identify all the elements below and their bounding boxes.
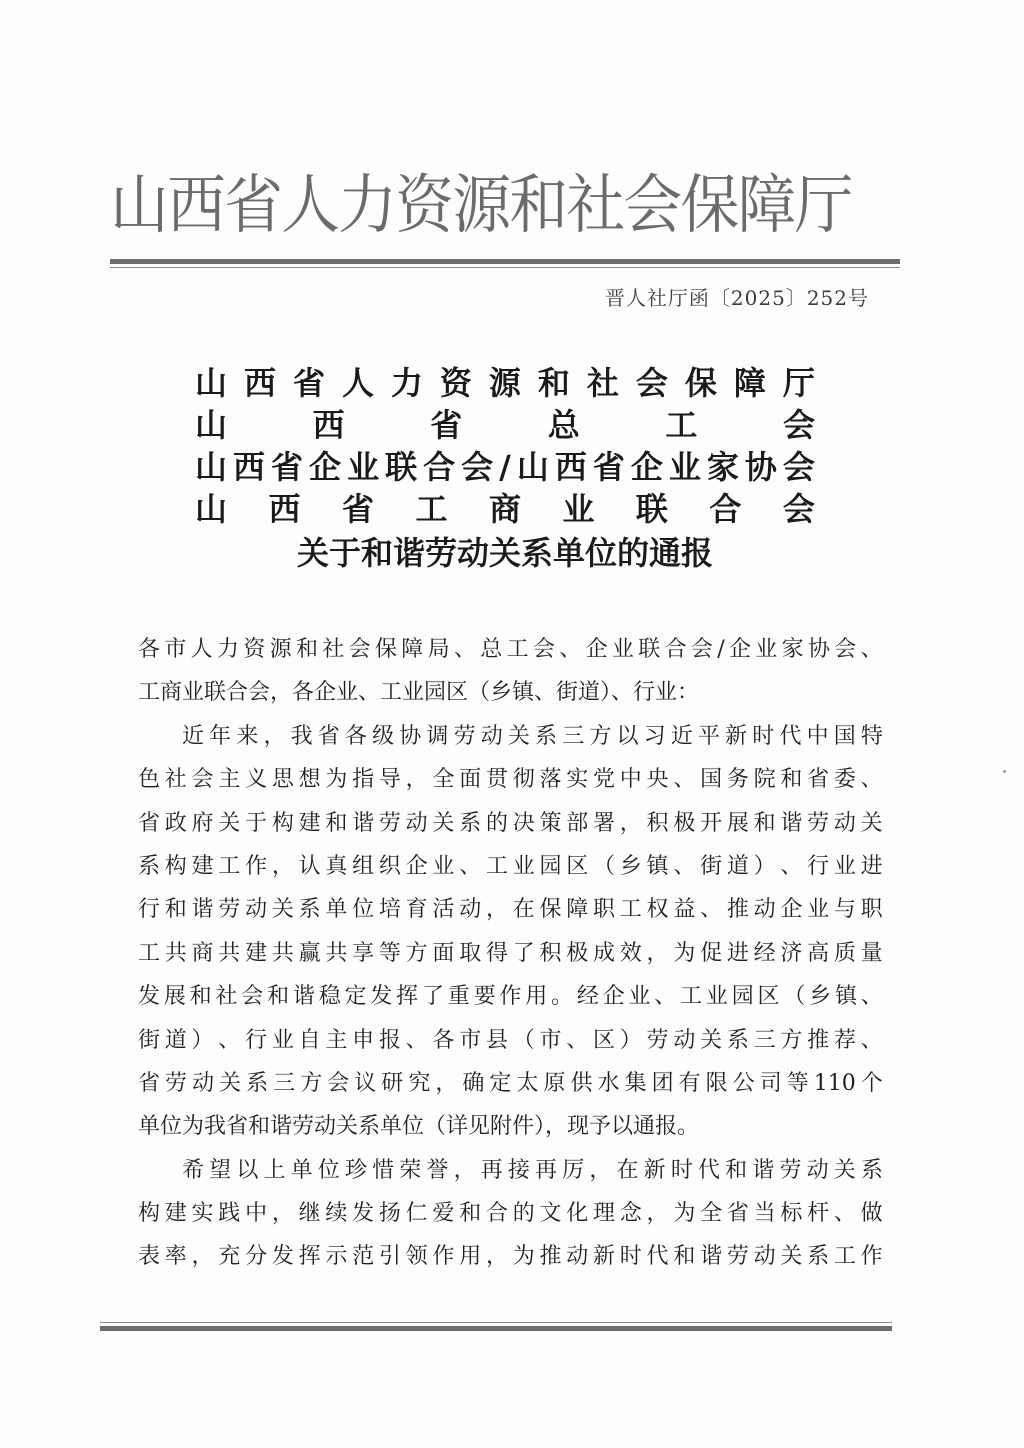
- glyph: 挥: [396, 975, 418, 1018]
- glyph: 极: [566, 932, 588, 975]
- glyph: 稳: [319, 975, 341, 1018]
- glyph: 济: [780, 932, 802, 975]
- glyph: 共: [325, 932, 347, 975]
- glyph: 真: [325, 845, 347, 888]
- glyph: 商: [489, 488, 521, 530]
- glyph: 工: [415, 488, 447, 530]
- glyph: 、: [654, 975, 676, 1018]
- glyph: 活: [432, 888, 454, 931]
- glyph: 理: [593, 1192, 615, 1235]
- glyph: 年: [209, 715, 231, 758]
- glyph: 劳: [218, 888, 240, 931]
- glyph: 当: [754, 1192, 776, 1235]
- glyph: 了: [513, 932, 535, 975]
- glyph: 企: [780, 888, 802, 931]
- glyph: 质: [834, 932, 856, 975]
- glyph: ，: [192, 1235, 214, 1278]
- glyph: 厉: [562, 1149, 584, 1192]
- glyph: ，: [272, 1192, 294, 1235]
- glyph: 范: [352, 1235, 374, 1278]
- glyph: 主: [325, 1019, 347, 1062]
- glyph: ，: [589, 1149, 611, 1192]
- glyph: （: [513, 1019, 535, 1062]
- glyph: 文: [539, 1192, 561, 1235]
- glyph: 党: [593, 758, 615, 801]
- glyph: 社: [587, 362, 619, 404]
- glyph: 自: [299, 1019, 321, 1062]
- glyph: 会: [783, 404, 815, 446]
- glyph: 业: [562, 488, 594, 530]
- glyph: 申: [352, 1019, 374, 1062]
- glyph: 府: [192, 802, 214, 845]
- issuer-line: 山西省工商业联合会: [195, 488, 815, 530]
- glyph: 职: [861, 888, 883, 931]
- glyph: 领: [406, 1235, 428, 1278]
- glyph: 近: [671, 715, 693, 758]
- glyph: 山: [195, 488, 227, 530]
- glyph: 主: [218, 758, 240, 801]
- glyph: 源: [489, 362, 521, 404]
- glyph: 团: [652, 1062, 674, 1105]
- glyph: 限: [706, 1062, 728, 1105]
- glyph: 作: [499, 975, 521, 1018]
- glyph: 位: [318, 1149, 340, 1192]
- glyph: 会: [834, 628, 856, 671]
- glyph: 关: [272, 888, 294, 931]
- glyph: 个: [861, 1062, 883, 1105]
- glyph: 市: [459, 1019, 481, 1062]
- glyph: 面: [432, 932, 454, 975]
- glyph: 系: [861, 1149, 883, 1192]
- issuer-line: 山西省人力资源和社会保障厅: [195, 362, 815, 404]
- glyph: 挥: [299, 1235, 321, 1278]
- glyph: 街: [700, 845, 722, 888]
- glyph: 报: [379, 1019, 401, 1062]
- glyph: 实: [566, 758, 588, 801]
- glyph: 要: [474, 975, 496, 1018]
- glyph: 业: [513, 845, 535, 888]
- glyph: 谐: [700, 1235, 722, 1278]
- glyph: 中: [807, 715, 829, 758]
- glyph: 会: [783, 446, 815, 488]
- glyph: 、: [406, 1019, 428, 1062]
- glyph: 保: [539, 888, 561, 931]
- glyph: 益: [673, 888, 695, 931]
- glyph: 得: [486, 932, 508, 975]
- glyph: 认: [299, 845, 321, 888]
- glyph: 院: [754, 758, 776, 801]
- glyph: 构: [165, 845, 187, 888]
- glyph: 山: [195, 446, 227, 488]
- glyph: 山: [195, 404, 227, 446]
- glyph: 爱: [432, 1192, 454, 1235]
- glyph: ，: [486, 888, 508, 931]
- glyph: 企: [406, 845, 428, 888]
- glyph: 建: [165, 1192, 187, 1235]
- glyph: ，: [647, 1192, 669, 1235]
- glyph: ，: [647, 932, 669, 975]
- glyph: 新: [644, 1149, 666, 1192]
- glyph: 积: [539, 932, 561, 975]
- glyph: 动: [673, 1019, 695, 1062]
- glyph: 企: [729, 628, 751, 671]
- glyph: 建: [299, 802, 321, 845]
- glyph: 会: [783, 488, 815, 530]
- glyph: 和: [725, 1149, 747, 1192]
- glyph: 联: [636, 488, 668, 530]
- glyph: 策: [539, 802, 561, 845]
- glyph: 培: [379, 888, 401, 931]
- glyph: 劳: [807, 802, 829, 845]
- glyph: 职: [593, 888, 615, 931]
- letterhead-organization: 山西省人力资源和社会保障厅: [110, 160, 837, 240]
- glyph: 省: [138, 1062, 160, 1105]
- glyph: 政: [165, 802, 187, 845]
- glyph: 社: [322, 628, 344, 671]
- addressee-line: 各市人力资源和社会保障局、总工会、企业联合会/企业家协会、: [138, 628, 883, 671]
- glyph: 动: [245, 888, 267, 931]
- glyph: 量: [861, 932, 883, 975]
- glyph: 。: [551, 975, 573, 1018]
- glyph: 建: [245, 932, 267, 975]
- glyph: 究: [408, 1062, 430, 1105]
- glyph: 西: [233, 446, 265, 488]
- glyph: 和: [165, 888, 187, 931]
- glyph: 省: [430, 404, 462, 446]
- glyph: 指: [352, 758, 374, 801]
- glyph: 署: [593, 802, 615, 845]
- glyph: 决: [513, 802, 535, 845]
- glyph: 了: [422, 975, 444, 1018]
- letterhead-text: 山西省人力资源和社会保障厅: [110, 154, 852, 246]
- glyph: 推: [807, 1019, 829, 1062]
- glyph: 道: [727, 845, 749, 888]
- glyph: 动: [807, 1149, 829, 1192]
- glyph: 共: [272, 932, 294, 975]
- paragraph-line: 系构建工作，认真组织企业、工业园区（乡镇、街道）、行业进: [138, 845, 883, 888]
- glyph: 、: [459, 845, 481, 888]
- glyph: 共: [165, 932, 187, 975]
- glyph: 西: [268, 488, 300, 530]
- glyph: 劳: [165, 1062, 187, 1105]
- glyph: 公: [733, 1062, 755, 1105]
- glyph: 单: [291, 1149, 313, 1192]
- glyph: 工: [507, 628, 529, 671]
- glyph: 工: [665, 404, 697, 446]
- glyph: 动: [754, 1235, 776, 1278]
- glyph: 以: [236, 1149, 258, 1192]
- paragraph-line: 工共商共建共赢共享等方面取得了积极成效，为促进经济高质量: [138, 932, 883, 975]
- glyph: 接: [508, 1149, 530, 1192]
- glyph: 方: [300, 1062, 322, 1105]
- glyph: 等: [379, 932, 401, 975]
- glyph: 动: [754, 888, 776, 931]
- glyph: 人: [191, 628, 213, 671]
- glyph: 方: [406, 932, 428, 975]
- paragraph-line: 行和谐劳动关系单位培育活动，在保障职工权益、推动企业与职: [138, 888, 883, 931]
- glyph: 引: [379, 1235, 401, 1278]
- glyph: 劳: [647, 1019, 669, 1062]
- glyph: 、: [861, 975, 883, 1018]
- glyph: 方: [780, 1019, 802, 1062]
- glyph: 谐: [752, 1149, 774, 1192]
- glyph: ）: [192, 1019, 214, 1062]
- glyph: 资: [440, 362, 472, 404]
- glyph: 确: [462, 1062, 484, 1105]
- glyph: 经: [577, 975, 599, 1018]
- paragraph-line: 省劳动关系三方会议研究，确定太原供水集团有限公司等110个: [138, 1062, 883, 1105]
- glyph: 关: [218, 802, 240, 845]
- issuer-block: 山西省人力资源和社会保障厅 山西省总工会 山西省企业联合会/山西省企业家协会 山…: [195, 362, 815, 530]
- glyph: 省: [293, 362, 325, 404]
- rule-thick: [100, 1326, 892, 1331]
- glyph: 成: [593, 932, 615, 975]
- glyph: ）: [620, 1019, 642, 1062]
- addressee-line: 工商业联合会，各企业、工业园区（乡镇、街道）、行业：: [138, 671, 883, 714]
- glyph: 行: [807, 845, 829, 888]
- glyph: 劳: [454, 715, 476, 758]
- glyph: 上: [263, 1149, 285, 1192]
- glyph: 示: [325, 1235, 347, 1278]
- issuer-line: 山西省总工会: [195, 404, 815, 446]
- glyph: 重: [448, 975, 470, 1018]
- glyph: 表: [138, 1235, 160, 1278]
- glyph: 在: [513, 888, 535, 931]
- glyph: 省: [807, 758, 829, 801]
- glyph: 工: [218, 845, 240, 888]
- glyph: 新: [725, 715, 747, 758]
- glyph: 系: [299, 888, 321, 931]
- glyph: 定: [345, 975, 367, 1018]
- glyph: 会: [349, 628, 371, 671]
- glyph: 展: [727, 802, 749, 845]
- glyph: 企: [631, 446, 663, 488]
- glyph: 想: [299, 758, 321, 801]
- glyph: 协: [745, 446, 777, 488]
- glyph: 会: [192, 758, 214, 801]
- glyph: 珍: [345, 1149, 367, 1192]
- glyph: （: [593, 845, 615, 888]
- glyph: 区: [566, 845, 588, 888]
- glyph: 、: [566, 1019, 588, 1062]
- glyph: 山: [195, 362, 227, 404]
- glyph: ，: [620, 802, 642, 845]
- glyph: 赢: [299, 932, 321, 975]
- glyph: 贯: [486, 758, 508, 801]
- glyph: 育: [406, 888, 428, 931]
- glyph: 园: [539, 845, 561, 888]
- glyph: 平: [698, 715, 720, 758]
- glyph: 省: [138, 802, 160, 845]
- glyph: 实: [192, 1192, 214, 1235]
- glyph: 方: [589, 715, 611, 758]
- glyph: 和: [538, 362, 570, 404]
- glyph: 业: [612, 628, 634, 671]
- glyph: 继: [299, 1192, 321, 1235]
- glyph: 系: [727, 1019, 749, 1062]
- glyph: 合: [665, 628, 687, 671]
- glyph: 开: [700, 802, 722, 845]
- glyph: 推: [727, 888, 749, 931]
- glyph: 集: [625, 1062, 647, 1105]
- glyph: 工: [486, 845, 508, 888]
- glyph: 来: [236, 715, 258, 758]
- glyph: 各: [345, 715, 367, 758]
- glyph: 西: [313, 404, 345, 446]
- glyph: 企: [603, 975, 625, 1018]
- glyph: 有: [679, 1062, 701, 1105]
- glyph: 定: [489, 1062, 511, 1105]
- glyph: 业: [272, 1019, 294, 1062]
- glyph: 动: [566, 1235, 588, 1278]
- glyph: 委: [834, 758, 856, 801]
- glyph: 、: [780, 845, 802, 888]
- glyph: 做: [861, 1192, 883, 1235]
- glyph: 、: [700, 888, 722, 931]
- glyph: 市: [539, 1019, 561, 1062]
- glyph: 的: [486, 802, 508, 845]
- glyph: 动: [406, 802, 428, 845]
- glyph: 近: [182, 715, 204, 758]
- glyph: 原: [543, 1062, 565, 1105]
- glyph: 续: [325, 1192, 347, 1235]
- glyph: 社: [165, 758, 187, 801]
- glyph: 义: [245, 758, 267, 801]
- glyph: 关: [432, 802, 454, 845]
- glyph: 动: [192, 1062, 214, 1105]
- glyph: 代: [779, 715, 801, 758]
- glyph: 社: [215, 975, 237, 1018]
- glyph: 为: [325, 758, 347, 801]
- glyph: 工: [834, 1235, 856, 1278]
- glyph: 工: [620, 888, 642, 931]
- glyph: 三: [754, 1019, 776, 1062]
- glyph: 代: [647, 1235, 669, 1278]
- glyph: 三: [273, 1062, 295, 1105]
- glyph: 促: [700, 932, 722, 975]
- glyph: ，: [486, 1235, 508, 1278]
- glyph: 议: [354, 1062, 376, 1105]
- glyph: 单: [325, 888, 347, 931]
- paragraph-line: 近年来，我省各级协调劳动关系三方以习近平新时代中国特: [138, 715, 883, 758]
- glyph: 系: [807, 1235, 829, 1278]
- glyph: 关: [780, 1235, 802, 1278]
- glyph: 荐: [834, 1019, 856, 1062]
- glyph: 保: [685, 362, 717, 404]
- glyph: 的: [513, 1192, 535, 1235]
- glyph: 谐: [780, 802, 802, 845]
- glyph: 关: [508, 715, 530, 758]
- glyph: 联: [638, 628, 660, 671]
- glyph: 发: [138, 975, 160, 1018]
- glyph: 谐: [293, 975, 315, 1018]
- glyph: 商: [192, 932, 214, 975]
- glyph: 调: [426, 715, 448, 758]
- glyph: 区: [593, 1019, 615, 1062]
- glyph: 导: [379, 758, 401, 801]
- glyph: 和: [296, 628, 318, 671]
- glyph: 道: [165, 1019, 187, 1062]
- glyph: 业: [669, 446, 701, 488]
- glyph: 行: [138, 888, 160, 931]
- glyph: 研: [381, 1062, 403, 1105]
- scan-artifact: [1003, 770, 1006, 773]
- glyph: 合: [709, 488, 741, 530]
- glyph: 协: [399, 715, 421, 758]
- document-number: 晋人社厅函〔2025〕252号: [605, 282, 869, 311]
- glyph: 各: [138, 628, 160, 671]
- glyph: 业: [432, 845, 454, 888]
- glyph: 力: [391, 362, 423, 404]
- glyph: 劳: [727, 1235, 749, 1278]
- glyph: 力: [217, 628, 239, 671]
- glyph: 时: [620, 1235, 642, 1278]
- glyph: 进: [727, 932, 749, 975]
- glyph: 极: [673, 802, 695, 845]
- letterhead-red-rule: [110, 259, 900, 268]
- glyph: 会: [691, 628, 713, 671]
- glyph: 以: [617, 715, 639, 758]
- glyph: 在: [617, 1149, 639, 1192]
- glyph: 资: [243, 628, 265, 671]
- glyph: 企: [586, 628, 608, 671]
- glyph: 工: [680, 975, 702, 1018]
- glyph: 享: [352, 932, 374, 975]
- glyph: 高: [807, 932, 829, 975]
- glyph: 总: [480, 628, 502, 671]
- glyph: 中: [620, 758, 642, 801]
- glyph: 率: [165, 1235, 187, 1278]
- glyph: 与: [834, 888, 856, 931]
- glyph: 家: [707, 446, 739, 488]
- glyph: 和: [190, 975, 212, 1018]
- document-page: 山西省人力资源和社会保障厅 晋人社厅函〔2025〕252号 山西省人力资源和社会…: [0, 0, 1024, 1448]
- glyph: 务: [727, 758, 749, 801]
- glyph: 央: [647, 758, 669, 801]
- glyph: 我: [291, 715, 313, 758]
- glyph: 、: [861, 1019, 883, 1062]
- glyph: 企: [309, 446, 341, 488]
- glyph: 充: [218, 1235, 240, 1278]
- glyph: 、: [861, 628, 883, 671]
- glyph: 彻: [513, 758, 535, 801]
- glyph: 组: [352, 845, 374, 888]
- paragraph-line: 构建实践中，继续发扬仁爱和合的文化理念，为全省当标杆、做: [138, 1192, 883, 1235]
- glyph: 乡: [809, 975, 831, 1018]
- glyph: 会: [241, 975, 263, 1018]
- glyph: 劳: [379, 802, 401, 845]
- glyph: 镇: [647, 845, 669, 888]
- glyph: 山: [517, 446, 549, 488]
- glyph: 动: [481, 715, 503, 758]
- glyph: 全: [700, 1192, 722, 1235]
- glyph: /: [499, 446, 511, 488]
- glyph: 系: [459, 802, 481, 845]
- glyph: 荣: [399, 1149, 421, 1192]
- glyph: 习: [644, 715, 666, 758]
- glyph: 再: [535, 1149, 557, 1192]
- glyph: 念: [620, 1192, 642, 1235]
- glyph: 区: [758, 975, 780, 1018]
- glyph: 发: [352, 1192, 374, 1235]
- glyph: 会: [327, 1062, 349, 1105]
- glyph: 和: [325, 802, 347, 845]
- glyph: 建: [192, 845, 214, 888]
- glyph: 关: [219, 1062, 241, 1105]
- glyph: 发: [370, 975, 392, 1018]
- glyph: 供: [571, 1062, 593, 1105]
- glyph: 位: [352, 888, 374, 931]
